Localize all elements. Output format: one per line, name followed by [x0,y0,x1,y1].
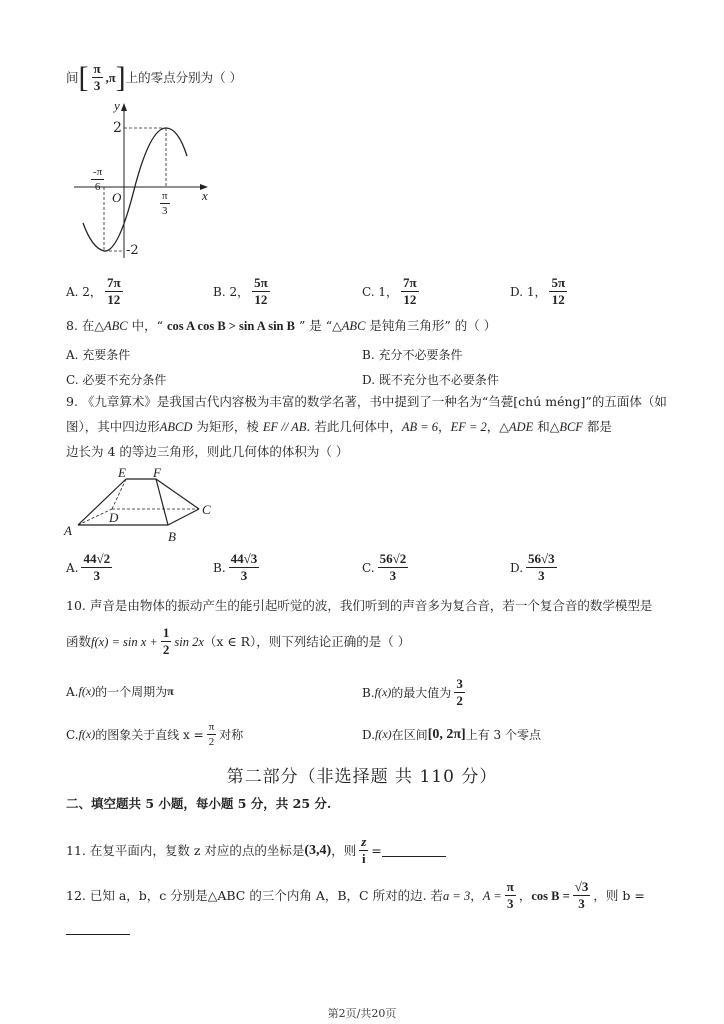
interval-end: ,π [106,72,116,85]
q10-option-a[interactable]: A. f(x) 的一个周期为 π [66,683,174,700]
q7-suffix: 上的零点分别为（ ） [126,72,242,85]
y-min-label: -2 [126,243,139,258]
fill-in-section-heading: 二、填空题共 5 小题，每小题 5 分，共 25 分. [66,798,331,811]
q7-prefix: 间 [66,72,79,85]
sine-curve-figure [66,98,216,263]
q12-stem: 12. 已知 a，b，c 分别是△ABC 的三个内角 A，B，C 所对的边. 若… [66,880,645,912]
q8-option-a[interactable]: A. 充要条件 [66,346,130,363]
origin-label: O [112,190,121,206]
right-bracket: ] [116,63,126,93]
page-number-footer: 第2页/共20页 [0,1005,724,1021]
q9-stem-line2: 图），其中四边形ABCD 为矩形，棱 EF // AB. 若此几何体中，AB =… [66,421,612,434]
q9-option-b[interactable]: B. 44√33 [213,552,262,584]
q10-option-d[interactable]: D. f(x) 在区间 [0, 2π] 上有 3 个零点 [362,726,541,743]
vertex-label-e: E [118,465,126,481]
vertex-label-b: B [168,529,176,545]
left-bracket: [ [79,63,89,93]
x-neg-tick-label: -π 6 [91,166,104,193]
part-two-title: 第二部分（非选择题 共 110 分） [0,762,724,787]
q11-answer-blank[interactable] [382,844,446,857]
vertex-label-c: C [202,502,211,518]
q9-stem-line1: 9. 《九章算术》是我国古代内容极为丰富的数学名著，书中提到了一种名为“刍甍[c… [66,396,667,409]
q7-option-c[interactable]: C. 1， 7π12 [362,276,422,308]
vertex-label-f: F [153,465,161,481]
q7-sine-graph: y x O 2 -2 -π 6 π 3 [66,98,216,263]
q9-option-a[interactable]: A. 44√23 [66,552,115,584]
q7-option-d[interactable]: D. 1， 5π12 [510,276,570,308]
q8-option-c[interactable]: C. 必要不充分条件 [66,371,166,388]
q10-option-c[interactable]: C. f(x) 的图象关于直线 x = π2 对称 [66,721,243,748]
vertex-label-a: A [64,523,72,539]
x-pos-tick-label: π 3 [160,190,170,217]
q9-option-d[interactable]: D. 56√33 [510,552,560,584]
interval-start-fraction: π 3 [92,62,103,94]
q12-answer-blank[interactable] [66,922,130,935]
q11-stem: 11. 在复平面内，复数 z 对应的点的坐标是 (3,4) ，则 zi = [66,835,446,867]
q9-stem-line3: 边长为 4 的等边三角形，则此几何体的体积为（ ） [66,446,348,459]
y-max-label: 2 [113,120,122,136]
x-axis-label: x [202,188,208,204]
q8-option-b[interactable]: B. 充分不必要条件 [362,346,462,363]
q10-stem-line1: 10. 声音是由物体的振动产生的能引起听觉的波，我们听到的声音多为复合音，若一个… [66,600,652,613]
q8-option-d[interactable]: D. 既不充分也不必要条件 [362,371,499,388]
q10-option-b[interactable]: B. f(x) 的最大值为 32 [362,677,468,709]
vertex-label-d: D [109,510,118,526]
q9-pentahedron-figure: E F D C A B [62,465,222,547]
q9-option-c[interactable]: C. 56√23 [362,552,411,584]
q8-stem: 8. 在△ABC 中，“ cos A cos B > sin A sin B ”… [66,320,496,333]
q7-stem-tail: 间 [ π 3 ,π ] 上的零点分别为（ ） [66,62,242,94]
q7-option-b[interactable]: B. 2， 5π12 [213,276,273,308]
q10-stem-line2: 函数 f(x) = sin x + 12 sin 2x （x ∈ R），则下列结… [66,626,410,658]
q8-condition: cos A cos B > sin A sin B [167,319,295,333]
y-axis-label: y [114,98,120,114]
q7-option-a[interactable]: A. 2， 7π12 [66,276,126,308]
